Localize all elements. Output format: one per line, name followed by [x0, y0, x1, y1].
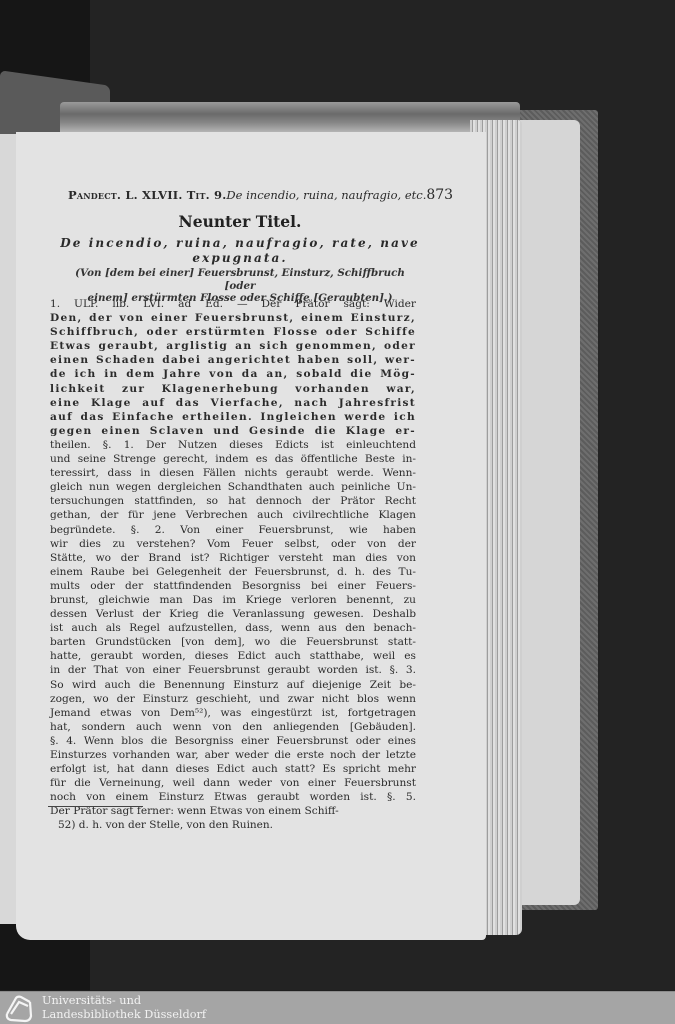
- footnote: 52) d. h. von der Stelle, von den Ruinen…: [58, 819, 273, 831]
- text-line: barten Grundstücken [von dem], wo die Fe…: [50, 635, 416, 649]
- latin-subtitle-line: De incendio, ruina, naufragio, rate, nav…: [60, 236, 420, 251]
- text-line: teressirt, dass in diesen Fällen nichts …: [50, 466, 416, 480]
- page-number: 873: [426, 187, 453, 203]
- text-line: mults oder der stattfindenden Besorgniss…: [50, 579, 416, 593]
- book-endpaper: [520, 120, 580, 905]
- latin-subtitle: De incendio, ruina, naufragio, rate, nav…: [60, 236, 420, 266]
- text-line: wir dies zu verstehen? Vom Feuer selbst,…: [50, 537, 416, 551]
- text-line: eine Klage auf das Vierfache, nach Jahre…: [50, 396, 416, 410]
- library-book-logo-icon: [3, 994, 35, 1023]
- text-line: §. 4. Wenn blos die Besorgniss einer Feu…: [50, 734, 416, 748]
- text-line: auf das Einfache ertheilen. Ingleichen w…: [50, 410, 416, 424]
- text-line: zogen, wo der Einsturz geschieht, und zw…: [50, 692, 416, 706]
- library-name: Universitäts- und Landesbibliothek Düsse…: [42, 994, 206, 1022]
- latin-subtitle-line: expugnata.: [60, 251, 420, 266]
- running-head-title: De incendio, ruina, naufragio, etc.: [226, 188, 426, 202]
- text-line: für die Verneinung, weil dann weder von …: [50, 776, 416, 790]
- footnote-rule: [48, 806, 143, 807]
- text-line: de ich in dem Jahre von da an, sobald di…: [50, 367, 416, 381]
- text-line: in der That von einer Feuersbrunst gerau…: [50, 663, 416, 677]
- text-line: brunst, gleichwie man Das im Kriege verl…: [50, 593, 416, 607]
- text-line: hatte, geraubt worden, dieses Edict auch…: [50, 649, 416, 663]
- section-title: Neunter Titel.: [60, 212, 420, 231]
- text-line: einem Raube bei Gelegenheit der Feuersbr…: [50, 565, 416, 579]
- text-line: Jemand etwas von Dem⁵²), was eingestürzt…: [50, 706, 416, 720]
- text-line: erfolgt ist, hat dann dieses Edict auch …: [50, 762, 416, 776]
- text-line: hat, sondern auch wenn von den anliegend…: [50, 720, 416, 734]
- text-line: und seine Strenge gerecht, indem es das …: [50, 452, 416, 466]
- text-line: Stätte, wo der Brand ist? Richtiger vers…: [50, 551, 416, 565]
- text-line: Schiffbruch, oder erstürmten Flosse oder…: [50, 325, 416, 339]
- text-line: Den, der von einer Feuersbrunst, einem E…: [50, 311, 416, 325]
- text-line: 1. ULP. lib. LVI. ad Ed. — Der Prätor sa…: [50, 297, 416, 311]
- text-line: Etwas geraubt, arglistig an sich genomme…: [50, 339, 416, 353]
- library-footer: Universitäts- und Landesbibliothek Düsse…: [0, 991, 675, 1024]
- text-line: theilen. §. 1. Der Nutzen dieses Edicts …: [50, 438, 416, 452]
- text-line: begründete. §. 2. Von einer Feuersbrunst…: [50, 523, 416, 537]
- text-line: lichkeit zur Klagenerhebung vorhanden wa…: [50, 382, 416, 396]
- text-line: Einsturzes vorhanden war, aber weder die…: [50, 748, 416, 762]
- german-subtitle-line: (Von [dem bei einer] Feuersbrunst, Einst…: [60, 267, 420, 292]
- text-line: So wird auch die Benennung Einsturz auf …: [50, 678, 416, 692]
- text-line: einen Schaden dabei angerichtet haben so…: [50, 353, 416, 367]
- body-text: 1. ULP. lib. LVI. ad Ed. — Der Prätor sa…: [50, 297, 416, 818]
- text-line: gleich nun wegen dergleichen Schandthate…: [50, 480, 416, 494]
- text-line: dessen Verlust der Krieg die Veranlassun…: [50, 607, 416, 621]
- running-head-left: Pandect. L. XLVII. Tit. 9.: [68, 188, 226, 202]
- text-line: gethan, der für jene Verbrechen auch civ…: [50, 508, 416, 522]
- library-name-line1: Universitäts- und: [42, 994, 206, 1008]
- text-line: gegen einen Sclaven und Gesinde die Klag…: [50, 424, 416, 438]
- library-name-line2: Landesbibliothek Düsseldorf: [42, 1008, 206, 1022]
- text-line: ist auch als Regel aufzustellen, dass, w…: [50, 621, 416, 635]
- book-top-edge: [60, 102, 520, 132]
- running-head: Pandect. L. XLVII. Tit. 9. De incendio, …: [68, 187, 412, 203]
- text-line: tersuchungen stattfinden, so hat dennoch…: [50, 494, 416, 508]
- text-line: noch von einem Einsturz Etwas geraubt wo…: [50, 790, 416, 804]
